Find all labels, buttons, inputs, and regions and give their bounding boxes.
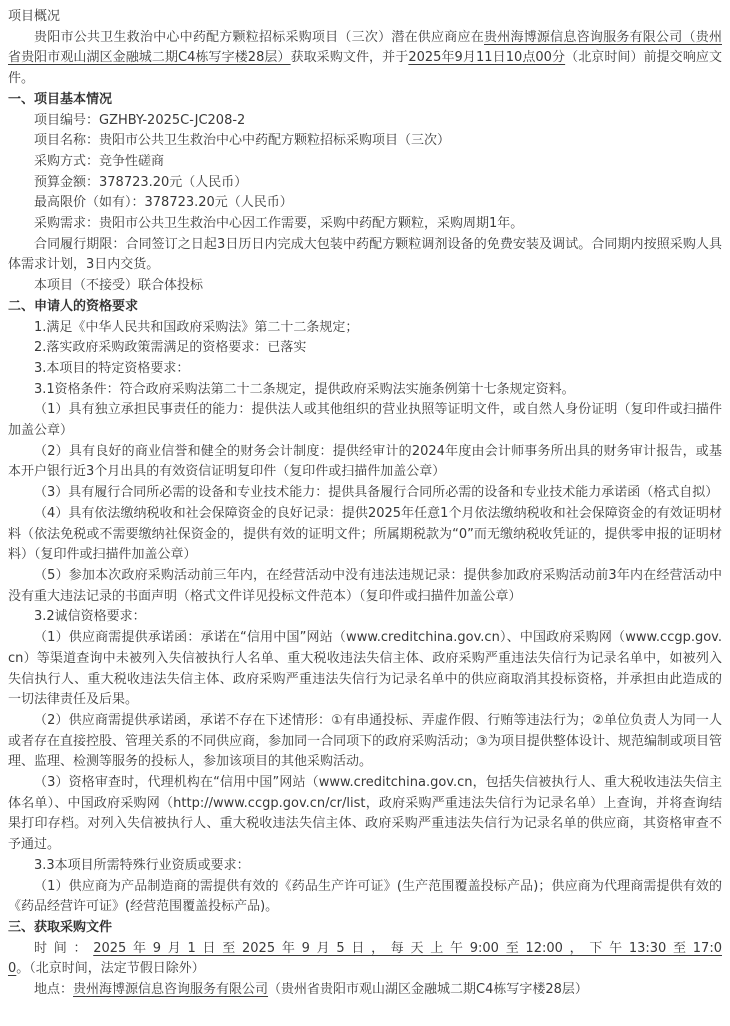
qualification-3-2: 3.2诚信资格要求： [8, 607, 722, 628]
text-run: （1）供应商为产品制造商的需提供有效的《药品生产许可证》(生产范围覆盖投标产品)… [8, 879, 722, 915]
text-run: 贵阳市公共卫生救治中心中药配方颗粒招标采购项目（三次）潜在供应商应在 [34, 30, 484, 45]
procurement-demand: 采购需求：贵阳市公共卫生救治中心因工作需要，采购中药配方颗粒，采购周期1年。 [8, 214, 722, 235]
text-run: 项目概况 [8, 9, 60, 24]
text-run: 获取采购文件，并于 [291, 50, 409, 65]
text-run: 本项目（不接受）联合体投标 [34, 278, 203, 293]
text-run: （2）供应商需提供承诺函，承诺不存在下述情形：①有串通投标、弄虚作假、行贿等违法… [8, 713, 722, 769]
project-name: 项目名称：贵阳市公共卫生救治中心中药配方颗粒招标采购项目（三次） [8, 131, 722, 152]
overview-paragraph: 贵阳市公共卫生救治中心中药配方颗粒招标采购项目（三次）潜在供应商应在贵州海博源信… [8, 28, 722, 90]
qualification-3-2-item-3: （3）资格审查时，代理机构在“信用中国”网站（www.creditchina.g… [8, 773, 722, 856]
text-run: （3）资格审查时，代理机构在“信用中国”网站（www.creditchina.g… [8, 775, 722, 852]
text-run: 2.落实政府采购政策需满足的资格要求：已落实 [34, 340, 306, 355]
text-run: （贵州省贵阳市观山湖区金融城二期C4栋写字楼28层） [268, 982, 588, 997]
text-run: 3.1资格条件：符合政府采购法第二十二条规定，提供政府采购法实施条例第十七条规定… [34, 382, 575, 397]
qualification-3-1-item-3: （3）具有履行合同所必需的设备和专业技术能力：提供具备履行合同所必需的设备和专业… [8, 483, 722, 504]
qualification-3-1: 3.1资格条件：符合政府采购法第二十二条规定，提供政府采购法实施条例第十七条规定… [8, 380, 722, 401]
text-run: （5）参加本次政府采购活动前三年内，在经营活动中没有违法违规记录：提供参加政府采… [8, 568, 722, 604]
text-run: 二、申请人的资格要求 [8, 299, 138, 314]
text-run: （1）供应商需提供承诺函：承诺在“信用中国”网站（www.creditchina… [8, 630, 722, 707]
text-run: （4）具有依法缴纳税收和社会保障资金的良好记录：提供2025年任意1个月依法缴纳… [8, 506, 722, 562]
qualification-1: 1.满足《中华人民共和国政府采购法》第二十二条规定； [8, 318, 722, 339]
underlined-text: 贵州海博源信息咨询服务有限公司 [73, 982, 268, 997]
document-place: 地点：贵州海博源信息咨询服务有限公司（贵州省贵阳市观山湖区金融城二期C4栋写字楼… [8, 980, 722, 1001]
text-run: 项目编号：GZHBY-2025C-JC208-2 [34, 113, 245, 128]
document-body: 项目概况贵阳市公共卫生救治中心中药配方颗粒招标采购项目（三次）潜在供应商应在贵州… [8, 7, 722, 1001]
text-run: 。（北京时间，法定节假日除外） [16, 961, 205, 976]
qualification-3: 3.本项目的特定资格要求： [8, 359, 722, 380]
text-run: 采购需求：贵阳市公共卫生救治中心因工作需要，采购中药配方颗粒，采购周期1年。 [34, 216, 523, 231]
qualification-3-1-item-5: （5）参加本次政府采购活动前三年内，在经营活动中没有违法违规记录：提供参加政府采… [8, 566, 722, 607]
doc-title-overview: 项目概况 [8, 7, 722, 28]
text-run: 合同履行期限：合同签订之日起3日历日内完成大包装中药配方颗粒调剂设备的免费安装及… [8, 237, 722, 273]
text-run: 3.本项目的特定资格要求： [34, 361, 189, 376]
qualification-3-2-item-2: （2）供应商需提供承诺函，承诺不存在下述情形：①有串通投标、弄虚作假、行贿等违法… [8, 711, 722, 773]
section-2-heading: 二、申请人的资格要求 [8, 297, 722, 318]
section-1-heading: 一、项目基本情况 [8, 90, 722, 111]
qualification-3-3: 3.3本项目所需特殊行业资质或要求： [8, 856, 722, 877]
underlined-text: 2025年9月11日10点00分 [408, 50, 565, 65]
text-run: 3.2诚信资格要求： [34, 609, 146, 624]
text-run: 1.满足《中华人民共和国政府采购法》第二十二条规定； [34, 320, 358, 335]
max-price: 最高限价（如有）：378723.20元（人民币） [8, 193, 722, 214]
qualification-2: 2.落实政府采购政策需满足的资格要求：已落实 [8, 338, 722, 359]
text-run: 最高限价（如有）：378723.20元（人民币） [34, 195, 293, 210]
text-run: 预算金额：378723.20元（人民币） [34, 175, 247, 190]
project-number: 项目编号：GZHBY-2025C-JC208-2 [8, 111, 722, 132]
text-run: 三、获取采购文件 [8, 920, 112, 935]
procurement-method: 采购方式：竞争性磋商 [8, 152, 722, 173]
qualification-3-2-item-1: （1）供应商需提供承诺函：承诺在“信用中国”网站（www.creditchina… [8, 628, 722, 711]
qualification-3-1-item-2: （2）具有良好的商业信誉和健全的财务会计制度：提供经审计的2024年度由会计师事… [8, 442, 722, 483]
contract-term: 合同履行期限：合同签订之日起3日历日内完成大包装中药配方颗粒调剂设备的免费安装及… [8, 235, 722, 276]
budget-amount: 预算金额：378723.20元（人民币） [8, 173, 722, 194]
text-run: （2）具有良好的商业信誉和健全的财务会计制度：提供经审计的2024年度由会计师事… [8, 444, 722, 480]
text-run: （3）具有履行合同所必需的设备和专业技术能力：提供具备履行合同所必需的设备和专业… [34, 485, 718, 500]
qualification-3-1-item-4: （4）具有依法缴纳税收和社会保障资金的良好记录：提供2025年任意1个月依法缴纳… [8, 504, 722, 566]
text-run: 采购方式：竞争性磋商 [34, 154, 164, 169]
consortium-note: 本项目（不接受）联合体投标 [8, 276, 722, 297]
qualification-3-1-item-1: （1）具有独立承担民事责任的能力：提供法人或其他组织的营业执照等证明文件，或自然… [8, 400, 722, 441]
text-run: 时间： [34, 941, 93, 956]
document-time: 时间：2025年9月1日至2025年9月5日，每天上午9:00至12:00，下午… [8, 939, 722, 980]
qualification-3-3-item-1: （1）供应商为产品制造商的需提供有效的《药品生产许可证》(生产范围覆盖投标产品)… [8, 877, 722, 918]
text-run: 一、项目基本情况 [8, 92, 112, 107]
text-run: （1）具有独立承担民事责任的能力：提供法人或其他组织的营业执照等证明文件，或自然… [8, 402, 722, 438]
document-page: 项目概况贵阳市公共卫生救治中心中药配方颗粒招标采购项目（三次）潜在供应商应在贵州… [0, 0, 730, 1001]
text-run: 地点： [34, 982, 73, 997]
section-3-heading: 三、获取采购文件 [8, 918, 722, 939]
text-run: 3.3本项目所需特殊行业资质或要求： [34, 858, 250, 873]
text-run: 项目名称：贵阳市公共卫生救治中心中药配方颗粒招标采购项目（三次） [34, 133, 450, 148]
